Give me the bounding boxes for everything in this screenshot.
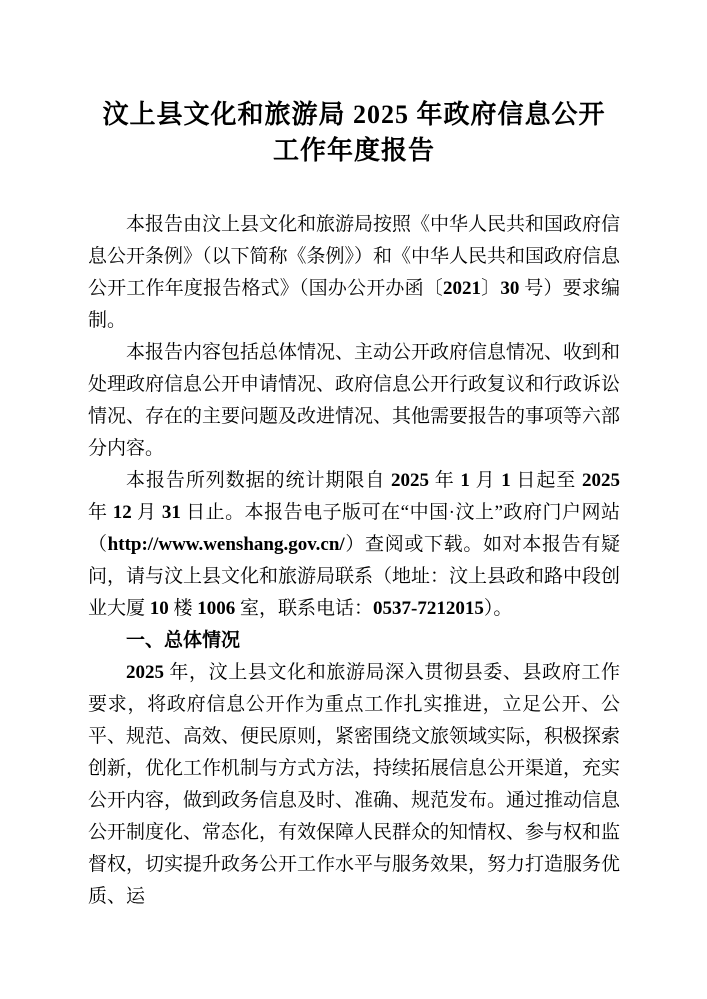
text-segment: 12: [113, 502, 132, 523]
text-segment: 楼: [169, 598, 198, 619]
text-segment: 年，汶上县文化和旅游局深入贯彻县委、县政府工作要求，将政府信息公开作为重点工作扎…: [88, 662, 620, 907]
text-segment: 2025: [126, 662, 164, 683]
text-segment: 一、总体情况: [126, 630, 240, 651]
text-segment: ）。: [484, 598, 513, 619]
text-segment: 30: [500, 278, 519, 299]
text-segment: 1006: [197, 598, 235, 619]
text-segment: 月: [132, 502, 162, 523]
text-segment: 年: [429, 470, 460, 491]
document-title: 汶上县文化和旅游局 2025 年政府信息公开 工作年度报告: [88, 97, 620, 169]
overall-situation-paragraph: 2025 年，汶上县文化和旅游局深入贯彻县委、县政府工作要求，将政府信息公开作为…: [88, 657, 620, 913]
text-segment: 2025: [391, 470, 429, 491]
document-title-line-2: 工作年度报告: [273, 136, 435, 165]
document-body: 本报告由汶上县文化和旅游局按照《中华人民共和国政府信息公开条例》（以下简称《条例…: [88, 209, 620, 913]
text-segment: 室，联系电话：: [235, 598, 373, 619]
content-overview-paragraph: 本报告内容包括总体情况、主动公开政府信息情况、收到和处理政府信息公开申请情况、政…: [88, 337, 620, 465]
text-segment: 2021: [443, 278, 481, 299]
contact-phone-text: 0537-7212015: [373, 598, 484, 619]
text-segment: 2025: [582, 470, 620, 491]
text-segment: 31: [162, 502, 181, 523]
text-segment: 月: [470, 470, 501, 491]
text-segment: 年: [88, 502, 113, 523]
intro-basis-paragraph: 本报告由汶上县文化和旅游局按照《中华人民共和国政府信息公开条例》（以下简称《条例…: [88, 209, 620, 337]
statistics-period-contact-paragraph: 本报告所列数据的统计期限自 2025 年 1 月 1 日起至 2025 年 12…: [88, 465, 620, 625]
text-segment: 日起至: [511, 470, 582, 491]
document-title-line-1: 汶上县文化和旅游局 2025 年政府信息公开: [102, 100, 605, 129]
text-segment: 10: [150, 598, 169, 619]
report-document-page: 汶上县文化和旅游局 2025 年政府信息公开 工作年度报告 本报告由汶上县文化和…: [0, 0, 707, 999]
text-segment: 本报告内容包括总体情况、主动公开政府信息情况、收到和处理政府信息公开申请情况、政…: [88, 342, 620, 459]
text-segment: 〕: [481, 278, 500, 299]
text-segment: 1: [460, 470, 470, 491]
portal-url-text: http://www.wenshang.gov.cn/: [108, 534, 345, 555]
text-segment: 1: [501, 470, 511, 491]
text-segment: 本报告所列数据的统计期限自: [126, 470, 391, 491]
section-heading-overall-situation: 一、总体情况: [88, 625, 620, 657]
